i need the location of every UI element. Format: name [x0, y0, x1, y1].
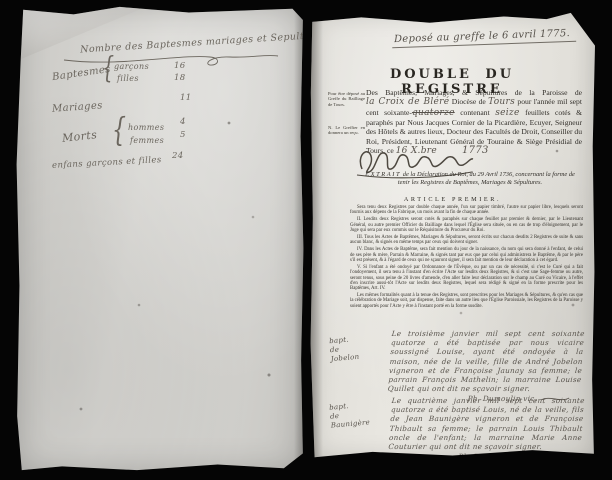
right-page: Deposé au greffe le 6 avril 1775. DOUBLE… — [310, 12, 595, 460]
article-paragraph: Sera tenu deux Registres par double chaq… — [350, 205, 583, 216]
signature-text: Ph. Dumoulin vic. — [458, 452, 528, 461]
page-edge-shadow — [294, 6, 304, 472]
entry-text: Le troisième janvier mil sept cent soixa… — [388, 329, 585, 393]
paper-specks — [310, 12, 312, 14]
entry-signature: Ph. Dumoulin vic. — [387, 452, 581, 462]
article-paragraph: III. Tous les Actes de Baptêmes, Mariage… — [350, 235, 583, 246]
extrait-word: EXTRAIT — [365, 171, 401, 178]
filles-count: 18 — [174, 73, 186, 83]
entry-margin-note: bapt. de Jobelon — [329, 335, 360, 364]
hommes-count: 4 — [180, 117, 186, 127]
parish-name-handwritten: la Croix de Bléré — [366, 97, 449, 107]
article-paragraph: IV. Dans les Actes de Baptême, sera fait… — [350, 247, 583, 263]
entry-text: Le quatrième janvier mil sept cent soixa… — [388, 396, 585, 451]
folio-count-handwritten: seize — [495, 108, 519, 118]
entry-margin-note: bapt. de Baunigère — [329, 400, 371, 430]
year-word-struck: quatorze — [412, 108, 455, 118]
intro-print: Des Baptêmes, Mariages, & Sépultures de … — [366, 88, 582, 97]
margin-note-top: Pour être déposé au Greffe du Bailliage … — [328, 91, 365, 107]
intro-print: Diocèse de — [452, 97, 486, 106]
article-paragraph: Les mêmes formalités quant à la tenue de… — [350, 293, 583, 309]
article-paragraph: V. Si l'enfant a été ondoyé par Ordonnan… — [350, 265, 583, 292]
filles-label: filles — [117, 74, 139, 83]
margin-note-bottom: N. Le Greffier en donnera un reçu. — [328, 125, 365, 136]
left-page: Nombre des Baptesmes mariages et Sepultu… — [16, 6, 304, 472]
extrait-paragraph: EXTRAIT de la Déclaration du Roi, du 29 … — [364, 171, 576, 186]
spine-shadow — [310, 12, 323, 460]
hommes-label: hommes — [128, 123, 164, 132]
enfans-label: enfans garçons et filles — [52, 155, 162, 171]
article-heading: ARTICLE PREMIER. — [310, 196, 595, 203]
extrait-text: de la Déclaration du Roi, du 29 Avril 17… — [398, 171, 575, 186]
entry-margin-line: Jobelon — [330, 353, 359, 364]
baptism-entry: Le quatrième janvier mil sept cent soixa… — [387, 396, 585, 461]
paraph-year-handwritten: 1773 — [462, 145, 489, 156]
garcons-label: garçons — [114, 62, 149, 71]
deposit-annotation: Deposé au greffe le 6 avril 1775. — [392, 28, 576, 48]
baptism-entry: Le troisième janvier mil sept cent soixa… — [387, 329, 585, 403]
enfans-count: 24 — [172, 151, 184, 161]
femmes-label: femmes — [130, 136, 164, 145]
brace-icon — [102, 51, 114, 85]
register-scan: Nombre des Baptesmes mariages et Sepultu… — [0, 0, 612, 480]
intro-print: contenant — [460, 108, 490, 117]
diocese-handwritten: Tours — [488, 97, 515, 107]
morts-label: Morts — [61, 128, 97, 145]
article-paragraph: II. Lesdits deux Registres seront cotés … — [350, 217, 583, 233]
femmes-count: 5 — [180, 130, 186, 140]
paper-specks — [16, 6, 18, 8]
signature-swash-icon — [530, 452, 571, 461]
articles-block: Sera tenu deux Registres par double chaq… — [350, 205, 583, 311]
garcons-count: 16 — [174, 61, 186, 71]
mariages-count: 11 — [180, 93, 192, 103]
brace-icon — [112, 112, 126, 150]
entry-margin-line: Baunigère — [330, 418, 370, 430]
mariages-label: Mariages — [52, 100, 103, 115]
